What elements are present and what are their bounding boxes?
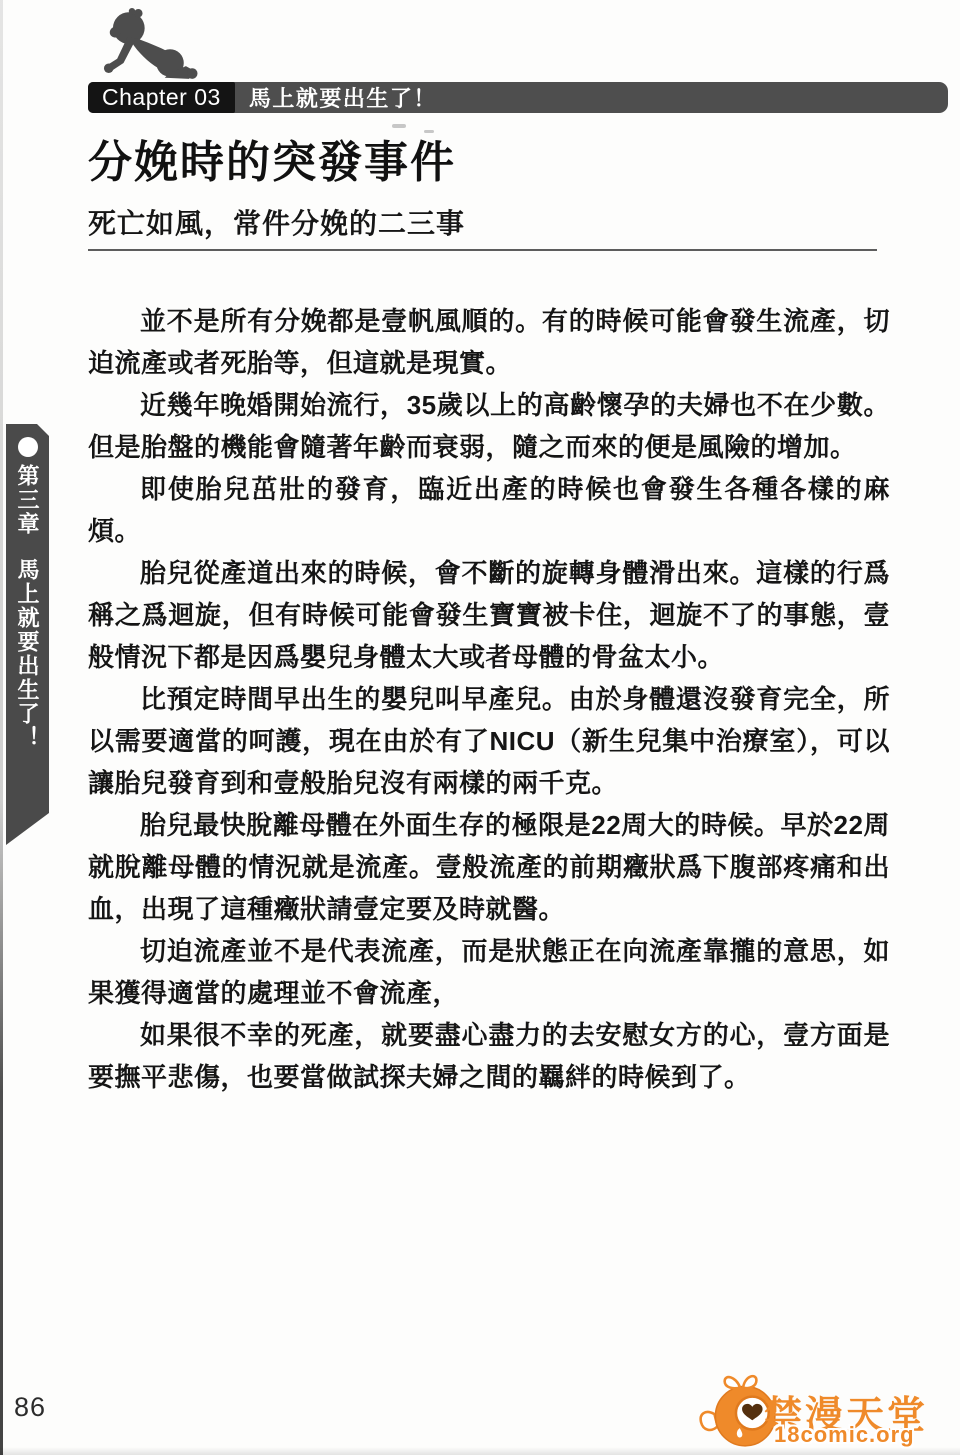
baby-icon bbox=[103, 8, 199, 82]
chapter-number-label: Chapter 03 bbox=[88, 82, 235, 113]
chapter-bar: Chapter 03 馬上就要出生了！ bbox=[88, 82, 948, 113]
paragraph: 比預定時間早出生的嬰兒叫早產兒。由於身體還沒發育完全，所以需要適當的呵護，現在由… bbox=[88, 678, 890, 804]
white-dot-icon bbox=[18, 437, 38, 457]
article-body: 並不是所有分娩都是壹帆風順的。有的時候可能會發生流產，切迫流產或者死胎等，但這就… bbox=[88, 300, 890, 1098]
scan-edge-left bbox=[0, 0, 3, 1455]
watermark-site-url: 18comic.org bbox=[774, 1422, 915, 1448]
page-title: 分娩時的突發事件 bbox=[88, 126, 456, 190]
paragraph: 並不是所有分娩都是壹帆風順的。有的時候可能會發生流產，切迫流產或者死胎等，但這就… bbox=[88, 300, 890, 384]
paragraph: 切迫流產並不是代表流產，而是狀態正在向流產靠攏的意思，如果獲得適當的處理並不會流… bbox=[88, 930, 890, 1014]
chapter-title: 馬上就要出生了！ bbox=[235, 82, 437, 113]
tab-chapter-label: 第三章 bbox=[12, 464, 43, 536]
tab-chapter-title: 馬上就要出生了！ bbox=[12, 558, 43, 750]
chapter-side-tab: 第三章 馬上就要出生了！ bbox=[6, 424, 49, 845]
page-number: 86 bbox=[14, 1392, 46, 1423]
chapter-tab-text: 第三章 馬上就要出生了！ bbox=[6, 464, 49, 824]
paragraph: 如果很不幸的死產，就要盡心盡力的去安慰女方的心，壹方面是要撫平悲傷，也要當做試探… bbox=[88, 1014, 890, 1098]
paragraph: 近幾年晚婚開始流行，35歲以上的高齡懷孕的夫婦也不在少數。但是胎盤的機能會隨著年… bbox=[88, 384, 890, 468]
paragraph: 胎兒最快脫離母體在外面生存的極限是22周大的時候。早於22周就脫離母體的情況就是… bbox=[88, 804, 890, 930]
watermark: 禁漫天堂 18comic.org bbox=[698, 1362, 954, 1454]
paragraph: 胎兒從產道出來的時候，會不斷的旋轉身體滑出來。這樣的行爲稱之爲迴旋，但有時候可能… bbox=[88, 552, 890, 678]
page-subtitle: 死亡如風，常件分娩的二三事 bbox=[88, 202, 465, 242]
title-divider bbox=[88, 249, 877, 251]
paragraph: 即使胎兒茁壯的發育，臨近出產的時候也會發生各種各樣的麻煩。 bbox=[88, 468, 890, 552]
scanned-book-page: Chapter 03 馬上就要出生了！ 分娩時的突發事件 死亡如風，常件分娩的二… bbox=[0, 0, 960, 1455]
